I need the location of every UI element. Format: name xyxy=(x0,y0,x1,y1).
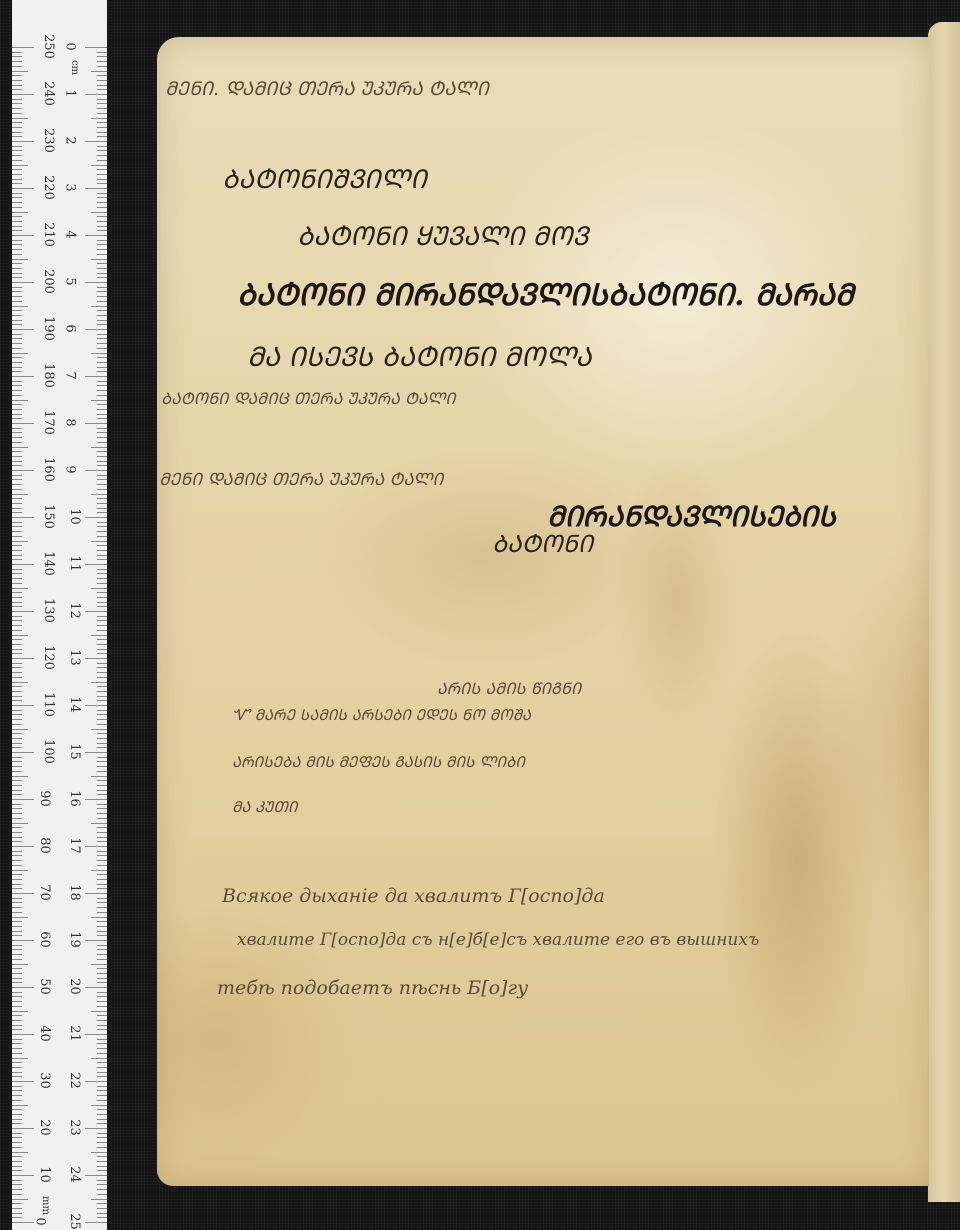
ruler-tick xyxy=(12,409,22,410)
ruler-tick xyxy=(12,150,22,151)
ruler-tick xyxy=(12,776,28,777)
ruler-tick xyxy=(12,578,22,579)
ruler-tick xyxy=(12,132,22,133)
ruler-tick xyxy=(97,559,107,560)
ruler-tick xyxy=(12,244,22,245)
ruler-tick xyxy=(12,592,22,593)
ruler-cm-label: 22 xyxy=(67,1072,82,1089)
ruler-tick xyxy=(12,1147,22,1148)
ruler-tick xyxy=(91,1011,107,1012)
ruler-tick xyxy=(97,926,107,927)
ruler-tick xyxy=(12,790,22,791)
ruler-tick xyxy=(12,400,28,401)
ruler-tick xyxy=(97,573,107,574)
ruler-tick xyxy=(12,179,22,180)
ruler-tick xyxy=(12,522,22,523)
ruler-cm-label: 10 xyxy=(67,508,82,525)
ruler-tick xyxy=(97,761,107,762)
ruler-tick xyxy=(12,306,28,307)
ruler-tick xyxy=(91,588,107,589)
ruler-tick xyxy=(12,66,22,67)
ruler-mm-label: 70 xyxy=(37,884,52,901)
ruler-tick xyxy=(97,381,107,382)
ruler-tick xyxy=(97,103,107,104)
ruler-tick xyxy=(97,578,107,579)
ruler-tick xyxy=(85,752,107,753)
ruler-tick xyxy=(97,743,107,744)
ruler-tick xyxy=(12,1161,22,1162)
ruler-tick xyxy=(12,917,28,918)
ruler-mm-label: 100 xyxy=(41,739,56,764)
ruler-tick xyxy=(97,1076,107,1077)
ruler-tick xyxy=(97,461,107,462)
ruler-tick xyxy=(12,475,22,476)
ruler-tick xyxy=(12,954,22,955)
ruler-tick xyxy=(97,174,107,175)
ruler-tick xyxy=(97,874,107,875)
ruler-tick xyxy=(12,1213,22,1214)
ruler-mm-label: 160 xyxy=(41,457,56,482)
ruler-mm-label: 30 xyxy=(37,1072,52,1089)
ruler-tick xyxy=(12,1020,22,1021)
ruler-tick xyxy=(97,973,107,974)
ruler-tick xyxy=(12,597,22,598)
ruler-tick xyxy=(12,437,22,438)
ruler-tick xyxy=(85,1081,107,1082)
ruler-tick xyxy=(12,978,22,979)
ruler-tick xyxy=(97,978,107,979)
ruler-tick xyxy=(12,75,22,76)
ruler-mm-label: 170 xyxy=(41,410,56,435)
ruler-tick xyxy=(97,700,107,701)
ruler-tick xyxy=(97,630,107,631)
ruler-tick xyxy=(12,259,28,260)
ruler-tick xyxy=(12,1175,34,1176)
ruler-tick xyxy=(97,1043,107,1044)
ruler-tick xyxy=(85,376,107,377)
ruler-tick xyxy=(12,136,22,137)
ruler-tick xyxy=(12,188,34,189)
ruler-tick xyxy=(97,912,107,913)
ruler-tick xyxy=(97,992,107,993)
ruler-mm-label: 90 xyxy=(37,790,52,807)
ruler-tick xyxy=(12,503,22,504)
ruler-tick xyxy=(91,823,107,824)
ruler-tick xyxy=(97,1100,107,1101)
ruler-tick xyxy=(97,620,107,621)
ruler-tick xyxy=(12,249,22,250)
ruler-cm-label: 0 xyxy=(63,42,78,50)
ruler-tick xyxy=(12,724,22,725)
ruler-tick xyxy=(12,418,22,419)
ruler-tick xyxy=(97,244,107,245)
ruler-tick xyxy=(12,193,22,194)
ruler-cm-label: 16 xyxy=(67,790,82,807)
ruler-tick xyxy=(12,752,34,753)
ruler-tick xyxy=(12,174,22,175)
ruler-cm-label: 19 xyxy=(67,931,82,948)
ruler-tick xyxy=(85,47,107,48)
ruler-tick xyxy=(12,479,22,480)
ruler-tick xyxy=(12,451,22,452)
ruler-tick xyxy=(12,1114,22,1115)
ruler-tick xyxy=(97,935,107,936)
ruler-tick xyxy=(97,757,107,758)
ruler-tick xyxy=(12,1006,22,1007)
ruler-cm-label: 21 xyxy=(67,1025,82,1042)
ruler-tick xyxy=(97,625,107,626)
ruler-tick xyxy=(97,1142,107,1143)
ruler-tick xyxy=(97,169,107,170)
ruler-tick xyxy=(97,1194,107,1195)
cyrillic-line-2: хвалите Г[оспо]да съ н[е]б[е]съ хвалите … xyxy=(237,930,759,950)
ruler-tick xyxy=(97,1039,107,1040)
ruler-tick xyxy=(97,1020,107,1021)
ruler-tick xyxy=(97,639,107,640)
ruler-tick xyxy=(12,1100,22,1101)
ruler-tick xyxy=(12,508,22,509)
ruler-tick xyxy=(12,714,22,715)
ruler-tick xyxy=(97,982,107,983)
ruler-tick xyxy=(12,832,22,833)
ruler-tick xyxy=(97,790,107,791)
ruler-tick xyxy=(12,108,22,109)
ruler-tick xyxy=(97,592,107,593)
ruler-tick xyxy=(97,724,107,725)
ruler-tick xyxy=(85,517,107,518)
georgian-line-9: ᲑᲐᲢᲝᲜᲘ xyxy=(492,527,593,560)
ruler-tick xyxy=(97,301,107,302)
ruler-tick xyxy=(12,1067,22,1068)
ruler-tick xyxy=(12,564,34,565)
ruler-tick xyxy=(97,202,107,203)
ruler-tick xyxy=(12,47,34,48)
ruler-tick xyxy=(12,1203,22,1204)
ruler-tick xyxy=(97,249,107,250)
ruler-tick xyxy=(12,794,22,795)
ruler-tick xyxy=(12,494,28,495)
ruler-tick xyxy=(12,484,22,485)
ruler-tick xyxy=(97,1217,107,1218)
ruler-mm-label: 80 xyxy=(37,837,52,854)
georgian-line-6: ᲑᲐᲢᲝᲜᲘ ᲓᲐᲛᲘᲪ ᲗᲔᲠᲐ ᲣᲙᲣᲠᲐ ᲢᲐᲚᲘ xyxy=(161,387,455,409)
ruler-tick xyxy=(12,1109,22,1110)
ruler-tick xyxy=(97,597,107,598)
ruler-tick xyxy=(91,1199,107,1200)
ruler-tick xyxy=(97,602,107,603)
cyrillic-line-3: тебѣ подобаетъ пѣснь Б[о]гу xyxy=(217,977,528,999)
ruler-tick xyxy=(97,465,107,466)
ruler-tick xyxy=(97,959,107,960)
ruler-tick xyxy=(12,602,22,603)
ruler-tick xyxy=(12,555,22,556)
ruler-tick xyxy=(97,1189,107,1190)
ruler-tick xyxy=(12,771,22,772)
ruler-tick xyxy=(12,635,28,636)
ruler-tick xyxy=(12,987,34,988)
ruler-tick xyxy=(97,526,107,527)
ruler-tick xyxy=(97,719,107,720)
ruler-cm-label: 17 xyxy=(67,837,82,854)
ruler-tick xyxy=(97,949,107,950)
ruler-cm-label: 20 xyxy=(67,978,82,995)
ruler-tick xyxy=(85,282,107,283)
facing-page-edge xyxy=(928,22,960,1202)
ruler-tick xyxy=(97,837,107,838)
ruler-tick xyxy=(12,465,22,466)
ruler-tick xyxy=(97,785,107,786)
ruler-tick xyxy=(12,855,22,856)
ruler-cm-unit: cm xyxy=(69,60,80,75)
ruler-tick xyxy=(97,1095,107,1096)
ruler-tick xyxy=(97,1137,107,1138)
ruler-tick xyxy=(12,404,22,405)
ruler-tick xyxy=(97,747,107,748)
ruler-tick xyxy=(12,1043,22,1044)
ruler-tick xyxy=(12,940,34,941)
ruler-tick xyxy=(97,907,107,908)
ruler-tick xyxy=(85,423,107,424)
ruler-tick xyxy=(97,555,107,556)
ruler-tick xyxy=(91,353,107,354)
ruler-tick xyxy=(12,338,22,339)
ruler-tick xyxy=(12,719,22,720)
ruler-tick xyxy=(97,498,107,499)
ruler-tick xyxy=(12,1133,22,1134)
ruler-tick xyxy=(97,216,107,217)
ruler-tick xyxy=(97,343,107,344)
ruler-tick xyxy=(12,841,22,842)
ruler-tick xyxy=(12,160,22,161)
ruler-cm-label: 3 xyxy=(63,183,78,191)
ruler-tick xyxy=(97,677,107,678)
ruler-tick xyxy=(85,1222,107,1223)
ruler-tick xyxy=(97,827,107,828)
ruler-mm-label: 210 xyxy=(41,222,56,247)
ruler-tick xyxy=(97,898,107,899)
ruler-tick xyxy=(12,935,22,936)
ruler-tick xyxy=(12,371,22,372)
ruler-tick xyxy=(91,682,107,683)
ruler-tick xyxy=(97,1184,107,1185)
ruler-tick xyxy=(97,85,107,86)
ruler-tick xyxy=(12,606,22,607)
ruler-tick xyxy=(12,353,28,354)
ruler-tick xyxy=(12,287,22,288)
ruler-tick xyxy=(12,80,22,81)
ruler-tick xyxy=(97,1090,107,1091)
ruler-tick xyxy=(12,766,22,767)
ruler-tick xyxy=(12,1011,28,1012)
ruler-tick xyxy=(97,583,107,584)
ruler-tick xyxy=(12,89,22,90)
ruler-tick xyxy=(85,987,107,988)
ruler-tick xyxy=(85,893,107,894)
ruler-tick xyxy=(12,743,22,744)
ruler-tick xyxy=(12,808,22,809)
ruler-tick xyxy=(97,1006,107,1007)
ruler-tick xyxy=(12,1170,22,1171)
ruler-tick xyxy=(12,658,34,659)
ruler-tick xyxy=(12,799,34,800)
ruler-tick xyxy=(97,884,107,885)
ruler-tick xyxy=(97,395,107,396)
ruler-tick xyxy=(12,827,22,828)
ruler-tick xyxy=(85,235,107,236)
ruler-cm-label: 7 xyxy=(63,371,78,379)
ruler-tick xyxy=(12,663,22,664)
ruler-cm-label: 12 xyxy=(67,602,82,619)
ruler-tick xyxy=(12,381,22,382)
manuscript-page: ᲛᲔᲜᲘ. ᲓᲐᲛᲘᲪ ᲗᲔᲠᲐ ᲣᲙᲣᲠᲐ ᲢᲐᲚᲘ ᲑᲐᲢᲝᲜᲘᲨᲕᲘᲚᲘ … xyxy=(157,37,929,1186)
georgian-line-7: ᲛᲔᲜᲘ ᲓᲐᲛᲘᲪ ᲗᲔᲠᲐ ᲣᲙᲣᲠᲐ ᲢᲐᲚᲘ xyxy=(159,467,443,490)
ruler-tick xyxy=(97,508,107,509)
ruler-tick xyxy=(97,1203,107,1204)
ruler-tick xyxy=(12,851,22,852)
ruler-tick xyxy=(12,71,28,72)
ruler-cm-label: 2 xyxy=(63,136,78,144)
ruler-tick xyxy=(12,512,22,513)
ruler-tick xyxy=(97,390,107,391)
ruler-tick xyxy=(97,183,107,184)
ruler-tick xyxy=(91,212,107,213)
measurement-ruler: 0250124022303220421052006190718081709160… xyxy=(12,0,107,1230)
ruler-tick xyxy=(97,1208,107,1209)
ruler-tick xyxy=(12,207,22,208)
ruler-tick xyxy=(97,714,107,715)
ruler-tick xyxy=(97,1133,107,1134)
ruler-tick xyxy=(91,1105,107,1106)
ruler-tick xyxy=(97,832,107,833)
ruler-tick xyxy=(12,273,22,274)
ruler-mm-label: 220 xyxy=(41,175,56,200)
ruler-tick xyxy=(97,771,107,772)
georgian-line-10: ᲐᲠᲘᲡ ᲐᲛᲘᲡ ᲬᲘᲒᲜᲘ xyxy=(437,677,581,699)
ruler-tick xyxy=(12,729,28,730)
ruler-tick xyxy=(97,310,107,311)
ruler-tick xyxy=(12,442,22,443)
ruler-tick xyxy=(97,851,107,852)
ruler-tick xyxy=(91,917,107,918)
ruler-tick xyxy=(91,541,107,542)
ruler-tick xyxy=(12,649,22,650)
ruler-tick xyxy=(97,160,107,161)
ruler-tick xyxy=(12,870,28,871)
ruler-tick xyxy=(12,569,22,570)
ruler-tick xyxy=(97,371,107,372)
ruler-tick xyxy=(12,343,22,344)
ruler-tick xyxy=(12,747,22,748)
ruler-tick xyxy=(97,442,107,443)
ruler-mm-unit: mm xyxy=(40,1196,51,1215)
ruler-tick xyxy=(12,461,22,462)
ruler-tick xyxy=(12,884,22,885)
ruler-tick xyxy=(97,1029,107,1030)
ruler-tick xyxy=(85,658,107,659)
ruler-tick xyxy=(97,1119,107,1120)
ruler-tick xyxy=(12,357,22,358)
ruler-tick xyxy=(12,310,22,311)
georgian-line-2: ᲑᲐᲢᲝᲜᲘᲨᲕᲘᲚᲘ xyxy=(222,160,427,196)
ruler-mm-label: 140 xyxy=(41,551,56,576)
ruler-tick xyxy=(12,1034,34,1035)
georgian-line-3: ᲑᲐᲢᲝᲜᲘ ᲧᲣᲕᲐᲚᲘ ᲛᲝᲕ xyxy=(297,217,588,253)
ruler-mm-label: 60 xyxy=(37,931,52,948)
ruler-tick xyxy=(91,400,107,401)
ruler-tick xyxy=(12,85,22,86)
ruler-tick xyxy=(12,1217,22,1218)
georgian-line-11: Ꮙ ᲛᲐᲠᲔ ᲡᲐᲛᲘᲡ ᲐᲠᲡᲔᲑᲘ ᲔᲓᲔᲡ ᲜᲝ ᲛᲝᲨᲐ xyxy=(232,705,531,725)
ruler-tick xyxy=(97,113,107,114)
ruler-tick xyxy=(97,240,107,241)
ruler-tick xyxy=(12,907,22,908)
ruler-tick xyxy=(12,226,22,227)
ruler-tick xyxy=(12,992,22,993)
ruler-tick xyxy=(97,254,107,255)
ruler-tick xyxy=(97,691,107,692)
ruler-tick xyxy=(97,569,107,570)
ruler-tick xyxy=(91,1058,107,1059)
ruler-tick xyxy=(97,315,107,316)
ruler-tick xyxy=(12,1076,22,1077)
ruler-mm-label: 150 xyxy=(41,504,56,529)
ruler-tick xyxy=(12,277,22,278)
ruler-mm-label: 20 xyxy=(37,1119,52,1136)
ruler-tick xyxy=(91,71,107,72)
ruler-tick xyxy=(97,437,107,438)
ruler-tick xyxy=(12,376,34,377)
ruler-tick xyxy=(97,155,107,156)
ruler-tick xyxy=(12,489,22,490)
ruler-tick xyxy=(97,1114,107,1115)
ruler-tick xyxy=(12,127,22,128)
ruler-tick xyxy=(97,550,107,551)
ruler-tick xyxy=(97,385,107,386)
ruler-tick xyxy=(97,348,107,349)
ruler-tick xyxy=(91,870,107,871)
ruler-tick xyxy=(12,428,22,429)
ruler-tick xyxy=(12,945,22,946)
georgian-line-1: ᲛᲔᲜᲘ. ᲓᲐᲛᲘᲪ ᲗᲔᲠᲐ ᲣᲙᲣᲠᲐ ᲢᲐᲚᲘ xyxy=(165,75,489,101)
ruler-tick xyxy=(12,902,22,903)
ruler-tick xyxy=(97,89,107,90)
ruler-tick xyxy=(12,780,22,781)
ruler-mm-label: 230 xyxy=(41,128,56,153)
ruler-mm-label: 250 xyxy=(41,34,56,59)
ruler-tick xyxy=(12,456,22,457)
ruler-tick xyxy=(97,512,107,513)
ruler-mm-label: 130 xyxy=(41,598,56,623)
ruler-tick xyxy=(12,616,22,617)
ruler-tick xyxy=(97,879,107,880)
georgian-line-13: ᲛᲐ ᲙᲣᲗᲘ xyxy=(232,797,297,817)
ruler-tick xyxy=(97,1180,107,1181)
ruler-tick xyxy=(97,66,107,67)
ruler-tick xyxy=(12,1086,22,1087)
ruler-tick xyxy=(12,1015,22,1016)
ruler-mm-label: 190 xyxy=(41,316,56,341)
ruler-tick xyxy=(12,390,22,391)
ruler-tick xyxy=(12,263,22,264)
ruler-tick xyxy=(85,611,107,612)
ruler-tick xyxy=(12,423,34,424)
ruler-tick xyxy=(12,183,22,184)
ruler-tick xyxy=(97,921,107,922)
ruler-tick xyxy=(97,179,107,180)
ruler-cm-label: 5 xyxy=(63,277,78,285)
ruler-tick xyxy=(12,696,22,697)
ruler-cm-label: 4 xyxy=(63,230,78,238)
